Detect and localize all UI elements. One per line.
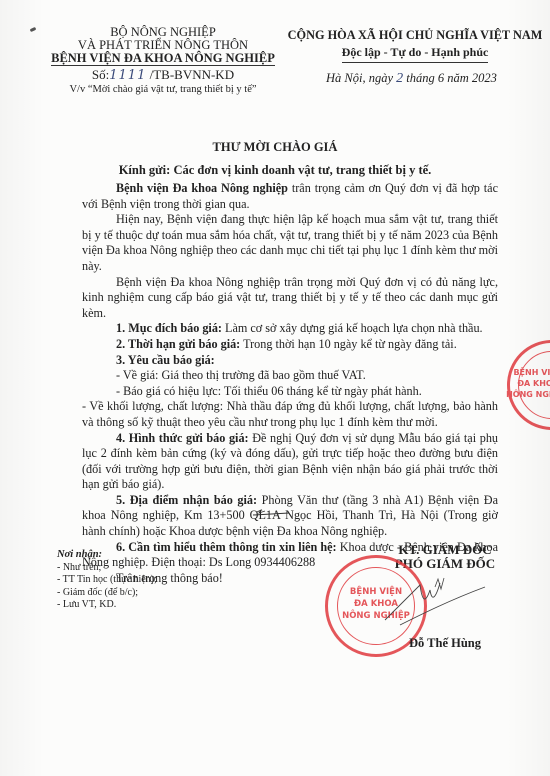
signature-title: KT. GIÁM ĐỐC [370,543,520,557]
document-title: THƯ MỜI CHÀO GIÁ [0,140,550,155]
motto: Độc lập - Tự do - Hạnh phúc [342,45,489,63]
issuer-header: BỘ NÔNG NGHIỆP VÀ PHÁT TRIỂN NÔNG THÔN B… [40,26,286,96]
document-body: Bệnh viện Đa khoa Nông nghiệp trân trọng… [82,181,498,586]
requirement-price: - Về giá: Giá theo thị trường đã bao gồm… [82,368,498,384]
scan-smudge [30,27,37,32]
document-page: BỘ NÔNG NGHIỆP VÀ PHÁT TRIỂN NÔNG THÔN B… [0,0,550,776]
greeting: Kính gửi: Các đơn vị kinh doanh vật tư, … [0,163,550,178]
issue-date: Hà Nội, ngày 2 tháng 6 năm 2023 [326,71,497,87]
recipients-block: Nơi nhận: - Như trên; - TT Tin học (thực… [57,549,157,612]
signer-name: Đỗ Thế Hùng [380,636,510,651]
country-name: CỘNG HÒA XÃ HỘI CHỦ NGHĨA VIỆT NAM [280,28,550,43]
item-4: 4. Hình thức gửi báo giá: Đề nghị Quý đơ… [82,431,498,493]
document-number: Số:1111 /TB-BVNN-KD [40,68,286,82]
recipient-item: - Lưu VT, KD. [57,599,157,612]
recipient-item: - Như trên; [57,562,157,575]
subject-line: V/v “Mời chào giá vật tư, trang thiết bị… [40,83,286,96]
handwritten-signature-icon [380,575,490,630]
recipient-item: - Giám đốc (để b/c); [57,587,157,600]
hospital-name: BỆNH VIỆN ĐA KHOA NÔNG NGHIỆP [40,52,286,65]
handwritten-number: 1111 [109,68,146,83]
item-2: 2. Thời hạn gửi báo giá: Trong thời hạn … [82,337,498,353]
initials-mark-icon [251,509,291,517]
recipient-item: - TT Tin học (thực hiện); [57,574,157,587]
requirement-quantity: - Về khối lượng, chất lượng: Nhà thầu đá… [82,399,498,430]
paragraph-3: Bệnh viện Đa khoa Nông nghiệp trân trọng… [82,275,498,322]
paragraph-2: Hiện nay, Bệnh viện đang thực hiện lập k… [82,212,498,274]
paragraph-1: Bệnh viện Đa khoa Nông nghiệp trân trọng… [82,181,498,212]
national-header: CỘNG HÒA XÃ HỘI CHỦ NGHĨA VIỆT NAM Độc l… [280,28,550,63]
side-seal-stamp: BỆNH VIỆN ĐA KHOA NÔNG NGHIỆP [507,340,550,430]
requirement-validity: - Báo giá có hiệu lực: Tối thiểu 06 thán… [82,384,498,400]
item-3: 3. Yêu cầu báo giá: [82,353,498,369]
recipients-heading: Nơi nhận: [57,549,157,562]
item-1: 1. Mục đích báo giá: Làm cơ sở xây dựng … [82,321,498,337]
